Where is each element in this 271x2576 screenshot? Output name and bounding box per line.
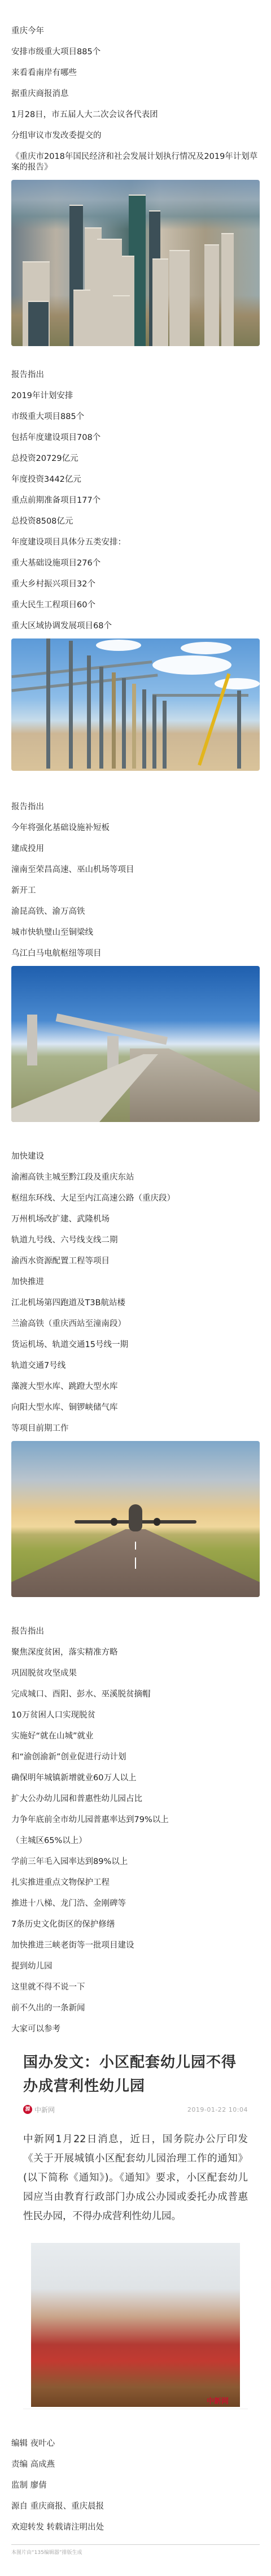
photo-cloud: [96, 640, 141, 651]
news-source: 源 中新网: [23, 2105, 55, 2115]
paragraph: 枢纽东环线、大足至内江高速公路（重庆段）: [11, 1193, 260, 1204]
photo-building: [204, 244, 219, 346]
photo-plane-body: [129, 1504, 142, 1531]
photo-column: [87, 655, 91, 769]
paragraph: 7条历史文化街区的保护修缮: [11, 1919, 260, 1930]
paragraph: 城市快轨璧山至铜梁线: [11, 927, 260, 938]
news-screenshot: 国办发文：小区配套幼儿园不得办成营利性幼儿园 源 中新网 2019-01-22 …: [11, 2035, 260, 2409]
paragraph: 确保明年城镇新增就业60万人以上: [11, 1773, 260, 1784]
paragraph: 报告指出: [11, 802, 260, 813]
photo-beam: [152, 694, 248, 697]
article-body: 重庆今年 安排市级重大项目885个 来看看南岸有哪些 据重庆商报消息 1月28日…: [0, 0, 271, 2533]
intro-section: 重庆今年 安排市级重大项目885个 来看看南岸有哪些 据重庆商报消息 1月28日…: [11, 26, 260, 173]
photo-cloud: [152, 655, 231, 675]
photo-building: [169, 250, 190, 346]
photo-beam: [11, 661, 152, 678]
photo-watermark: 中新网: [207, 2395, 229, 2406]
paragraph: 渝昆高铁、渝万高铁: [11, 907, 260, 917]
paragraph: 渝西水资源配置工程等项目: [11, 1256, 260, 1267]
paragraph: 兰渝高铁（重庆西站至潼南段）: [11, 1319, 260, 1330]
photo-column: [163, 701, 167, 769]
news-title: 国办发文：小区配套幼儿园不得办成营利性幼儿园: [23, 2051, 248, 2098]
photo-column: [112, 672, 116, 769]
paragraph: 巩固脱贫攻坚成果: [11, 1668, 260, 1679]
credit-source: 源自 重庆商报、重庆晨报: [11, 2501, 260, 2512]
paragraph: 年度投资3442亿元: [11, 474, 260, 485]
city-skyline-photo: [11, 180, 260, 346]
paragraph: 报告指出: [11, 370, 260, 381]
paragraph: 提到幼儿园: [11, 1961, 260, 1972]
photo-column: [99, 667, 103, 769]
paragraph: 轨道交通7号线: [11, 1361, 260, 1371]
paragraph: 大家可以参考: [11, 2024, 260, 2035]
paragraph: 藻渡大型水库、跳蹬大型水库: [11, 1382, 260, 1392]
paragraph: 1月28日，市五届人大二次会议各代表团: [11, 110, 260, 120]
paragraph: 年度建设项目具体分五类安排：: [11, 537, 260, 548]
credit-supervisor: 监制 廖倩: [11, 2480, 260, 2491]
photo-column: [69, 641, 73, 769]
paragraph: 聚焦深度贫困，落实精准方略: [11, 1647, 260, 1658]
spacer: [11, 346, 260, 370]
paragraph: 加快推进: [11, 1277, 260, 1288]
section-infrastructure: 报告指出 今年将强化基础设施补短板 建成投用 潼南至荣昌高速、巫山机场等项目 新…: [11, 802, 260, 959]
paragraph: 学前三年毛入园率达到89%以上: [11, 1857, 260, 1867]
credit-editor: 编辑 夜叶心: [11, 2439, 260, 2449]
paragraph: 据重庆商报消息: [11, 89, 260, 100]
top-spacer: [11, 0, 260, 26]
paragraph: 总投资8508亿元: [11, 516, 260, 527]
section-livelihood: 报告指出 聚焦深度贫困，落实精准方略 巩固脱贫攻坚成果 完成城口、酉阳、彭水、巫…: [11, 1626, 260, 2035]
paragraph: 10万贫困人口实现脱贫: [11, 1710, 260, 1721]
paragraph: 加快建设: [11, 1151, 260, 1162]
credit-repost-notice: 欢迎转发 转载请注明出处: [11, 2522, 260, 2533]
paragraph: 江北机场第四跑道及T3B航站楼: [11, 1298, 260, 1309]
paragraph: 推进十八梯、龙门浩、金刚碑等: [11, 1898, 260, 1909]
paragraph: 和“渝创渝新”创业促进行动计划: [11, 1752, 260, 1763]
photo-column: [46, 638, 50, 769]
paragraph: 扩大公办幼儿园和普惠性幼儿园占比: [11, 1794, 260, 1805]
photo-pier: [27, 1015, 37, 1065]
paragraph: 货运机场、轨道交通15号线一期: [11, 1340, 260, 1350]
source-name: 中新网: [34, 2105, 55, 2115]
paragraph: 建成投用: [11, 844, 260, 855]
kindergarten-classroom-photo: 中新网: [31, 2243, 240, 2407]
photo-building: [73, 290, 90, 346]
credits-section: 编辑 夜叶心 责编 高成燕 监制 廖倩 源自 重庆商报、重庆晨报 欢迎转发 转载…: [11, 2439, 260, 2533]
railway-bridge-photo: [11, 966, 260, 1122]
paragraph: 市级重大项目885个: [11, 412, 260, 422]
photo-runway-marking: [135, 1542, 136, 1550]
paragraph: 重大基础设施项目276个: [11, 558, 260, 569]
paragraph: 万州机场改扩建、武隆机场: [11, 1214, 260, 1225]
paragraph: 渝湘高铁主城至黔江段及重庆东站: [11, 1172, 260, 1183]
photo-column: [122, 678, 126, 769]
news-card-bottom-edge: [23, 2407, 248, 2409]
steel-frame-construction-photo: [11, 638, 260, 771]
paragraph: 今年将强化基础设施补短板: [11, 823, 260, 834]
paragraph: 重大民生工程项目60个: [11, 600, 260, 611]
news-timestamp: 2019-01-22 10:04: [187, 2106, 248, 2113]
photo-runway-marking: [135, 1557, 136, 1569]
photo-plane-engine: [111, 1518, 117, 1526]
paragraph: 2019年计划安排: [11, 391, 260, 402]
photo-plane-engine: [154, 1518, 160, 1526]
photo-column: [237, 691, 241, 769]
paragraph: 总投资20729亿元: [11, 454, 260, 464]
paragraph: 新开工: [11, 886, 260, 896]
section-plan-overview: 报告指出 2019年计划安排 市级重大项目885个 包括年度建设项目708个 总…: [11, 370, 260, 632]
section-projects: 加快建设 渝湘高铁主城至黔江段及重庆东站 枢纽东环线、大足至内江高速公路（重庆段…: [11, 1151, 260, 1434]
bottom-spacer: [0, 2556, 271, 2576]
paragraph: 潼南至荣昌高速、巫山机场等项目: [11, 865, 260, 875]
paragraph: 来看看南岸有哪些: [11, 68, 260, 79]
paragraph: 重大区域协调发展项目68个: [11, 621, 260, 632]
news-body: 中新网1月22日消息，近日，国务院办公厅印发《关于开展城镇小区配套幼儿园治理工作…: [23, 2130, 248, 2226]
source-badge-icon: 源: [23, 2105, 32, 2114]
airplane-runway-photo: [11, 1441, 260, 1597]
credit-chief-editor: 责编 高成燕: [11, 2460, 260, 2470]
photo-cloud: [215, 678, 260, 689]
paragraph: 乌江白马电航枢纽等项目: [11, 948, 260, 959]
paragraph: 实施好“就在山城”就业: [11, 1731, 260, 1742]
photo-building: [221, 233, 234, 346]
paragraph: 安排市级重大项目885个: [11, 47, 260, 58]
photo-column: [152, 695, 156, 769]
report-title-paragraph: 《重庆市2018年国民经济和社会发展计划执行情况及2019年计划草案的报告》: [11, 152, 260, 173]
paragraph: 报告指出: [11, 1626, 260, 1637]
news-meta: 源 中新网 2019-01-22 10:04: [23, 2105, 248, 2114]
paragraph: 扎实推进重点文物保护工程: [11, 1878, 260, 1888]
paragraph: 完成城口、酉阳、彭水、巫溪脱贫摘帽: [11, 1689, 260, 1700]
photo-column: [132, 684, 136, 769]
paragraph: 这里就不得不说一下: [11, 1982, 260, 1993]
photo-building: [113, 295, 130, 346]
paragraph: 加快推进三峡老街等一批项目建设: [11, 1940, 260, 1951]
footer-caption: 本图片由“135编辑器”排版生成: [0, 2545, 271, 2556]
spacer: [11, 1122, 260, 1151]
paragraph: 力争年底前全市幼儿园普惠率达到79%以上: [11, 1815, 260, 1826]
paragraph: （主城区65%以上）: [11, 1836, 260, 1846]
photo-building: [152, 258, 168, 346]
paragraph: 等项目前期工作: [11, 1423, 260, 1434]
photo-building: [28, 301, 49, 346]
paragraph: 轨道九号线、六号线支线二期: [11, 1235, 260, 1246]
paragraph: 向阳大型水库、铜锣峡储气库: [11, 1403, 260, 1413]
paragraph: 重庆今年: [11, 26, 260, 37]
photo-crane: [198, 673, 230, 766]
paragraph: 包括年度建设项目708个: [11, 433, 260, 443]
paragraph: 前不久出的一条新闻: [11, 2003, 260, 2014]
spacer: [11, 2409, 260, 2439]
photo-column: [142, 689, 146, 769]
spacer: [11, 1597, 260, 1626]
spacer: [11, 771, 260, 802]
photo-cloud: [181, 642, 231, 654]
paragraph: 重大乡村振兴项目32个: [11, 579, 260, 590]
paragraph: 分组审议市发改委提交的: [11, 131, 260, 141]
paragraph: 重点前期准备项目177个: [11, 495, 260, 506]
